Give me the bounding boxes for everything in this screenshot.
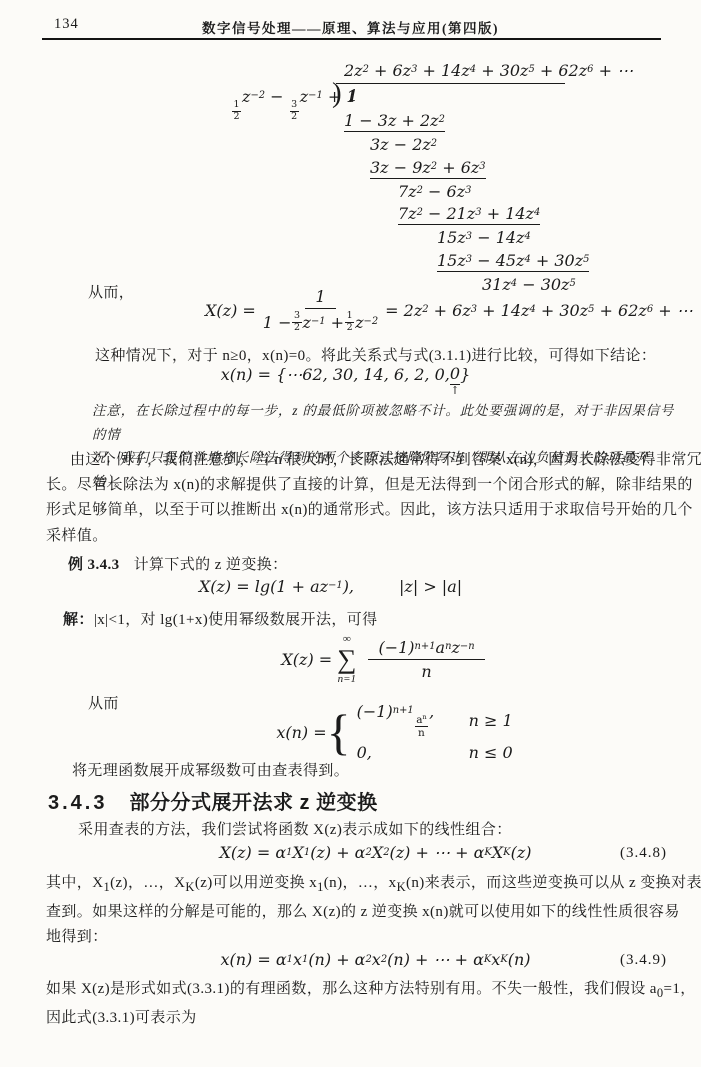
brace-icon: {: [327, 710, 351, 755]
time-origin-marker: 0↑: [450, 364, 460, 385]
example-intro: 计算下式的 z 逆变换：: [134, 557, 288, 573]
division-bracket: ): [332, 79, 342, 108]
fraction: (−1)n+1anz−n n: [368, 638, 484, 681]
paragraph-line: 其中，X1(z)，…，XK(z)可以用逆变换 x1(n)，…，xK(n)来表示，…: [46, 871, 664, 900]
paragraph-rational-function: 如果 X(z)是形式如式(3.3.1)的有理函数，那么这种方法特别有用。不失一般…: [46, 977, 664, 1031]
paragraph-line: 由这个例子，我们注意到，当 n 很大时，长除法通常得不到答案 x(n)，因为长除…: [46, 448, 664, 473]
equation-piecewise: x(n) = { (−1)n+1ann, n ≥ 1 0, n ≤ 0: [0, 702, 701, 762]
piecewise-row: 0, n ≤ 0: [357, 743, 513, 762]
equation-sequence: x(n) = {⋯62, 30, 14, 6, 2, 0, 0↑}: [0, 364, 701, 385]
book-page: 134 数字信号处理——原理、算法与应用(第四版) 2z2 + 6z3 + 14…: [0, 0, 701, 1067]
division-quotient: 2z2 + 6z3 + 14z4 + 30z5 + 62z6 + ⋯: [344, 61, 633, 80]
equation-series: X(z) = ∞ ∑ n=1 (−1)n+1anz−n n: [0, 634, 701, 685]
long-division: 2z2 + 6z3 + 14z4 + 30z5 + 62z6 + ⋯ 12z−2…: [0, 60, 701, 276]
solution-label: 解：: [63, 612, 94, 628]
division-row: 15z3 − 45z4 + 30z5: [437, 252, 701, 272]
sigma-icon: ∑: [337, 645, 356, 674]
fraction: 1 1 − 32z−1 + 12z−2: [263, 287, 378, 334]
equation-number: (3.4.8): [620, 845, 667, 862]
equation-number: (3.4.9): [620, 952, 667, 969]
equation-xz-expansion: X(z) = 1 1 − 32z−1 + 12z−2 = 2z2 + 6z3 +…: [0, 287, 701, 334]
division-steps: 1 − 3z + 2z2 3z − 2z2 3z − 9z2 + 6z3 7z2…: [0, 112, 701, 298]
example-label: 例 3.4.3: [68, 557, 120, 573]
region-of-convergence: |z| > |a|: [399, 577, 462, 596]
equation-lg: X(z) = lg(1 + az−1), |z| > |a|: [0, 577, 701, 597]
paragraph-line: 地得到：: [46, 925, 664, 950]
paragraph-line: 采样值。: [46, 524, 664, 549]
section-heading: 3.4.3部分分式展开法求 z 逆变换: [48, 786, 378, 815]
sigma-operator: ∞ ∑ n=1: [337, 634, 356, 685]
paragraph-line: 形式足够简单，以至于可以推断出 x(n)的通常形式。因此，该方法只适用于求取信号…: [46, 498, 664, 523]
up-arrow-icon: ↑: [450, 384, 459, 397]
comparison-sentence: 这种情况下，对于 n≥0，x(n)=0。将此关系式与式(3.1.1)进行比较，可…: [95, 344, 656, 365]
equation-349: x(n) = α1x1(n) + α2x2(n) + ⋯ + αKxK(n) (…: [0, 950, 701, 970]
equation-348: X(z) = α1X1(z) + α2X2(z) + ⋯ + αKXK(z) (…: [0, 843, 701, 863]
paragraph-long-division-discussion: 由这个例子，我们注意到，当 n 很大时，长除法通常得不到答案 x(n)，因为长除…: [46, 448, 664, 549]
partial-fraction-intro: 采用查表的方法，我们尝试将函数 X(z)表示成如下的线性组合：: [78, 818, 512, 839]
division-row: 7z2 − 6z3: [398, 183, 701, 202]
paragraph-line: 查到。如果这样的分解是可能的，那么 X(z)的 z 逆变换 x(n)就可以使用如…: [46, 900, 664, 925]
section-title: 部分分式展开法求 z 逆变换: [129, 792, 377, 814]
solution-paragraph: 解：|x|<1，对 lg(1+x)使用幂级数展开法，可得: [63, 608, 378, 629]
example-heading: 例 3.4.3计算下式的 z 逆变换：: [68, 553, 288, 574]
running-header-title: 数字信号处理——原理、算法与应用(第四版): [0, 17, 701, 37]
header-rule: [42, 38, 661, 40]
division-dividend: 1: [348, 86, 358, 105]
division-row: 7z2 − 21z3 + 14z4: [398, 205, 701, 225]
paragraph-line: 如果 X(z)是形式如式(3.3.1)的有理函数，那么这种方法特别有用。不失一般…: [46, 977, 664, 1006]
division-row: 1 − 3z + 2z2: [344, 112, 701, 132]
table-lookup-sentence: 将无理函数展开成幂级数可由查表得到。: [72, 759, 349, 780]
division-bar: [336, 83, 565, 84]
division-row: 3z − 2z2: [370, 136, 701, 155]
paragraph-line: 长。尽管长除法为 x(n)的求解提供了直接的计算，但是无法得到一个闭合形式的解，…: [46, 473, 664, 498]
division-row: 3z − 9z2 + 6z3: [370, 159, 701, 179]
paragraph-line: 因此式(3.3.1)可表示为: [46, 1006, 664, 1031]
note-line: 注意，在长除过程中的每一步，z 的最低阶项被忽略不计。此处要强调的是，对于非因果…: [92, 399, 677, 446]
division-row: 15z3 − 14z4: [437, 229, 701, 248]
section-number: 3.4.3: [48, 792, 107, 814]
paragraph-linearity: 其中，X1(z)，…，XK(z)可以用逆变换 x1(n)，…，xK(n)来表示，…: [46, 871, 664, 951]
piecewise-row: (−1)n+1ann, n ≥ 1: [357, 702, 513, 739]
